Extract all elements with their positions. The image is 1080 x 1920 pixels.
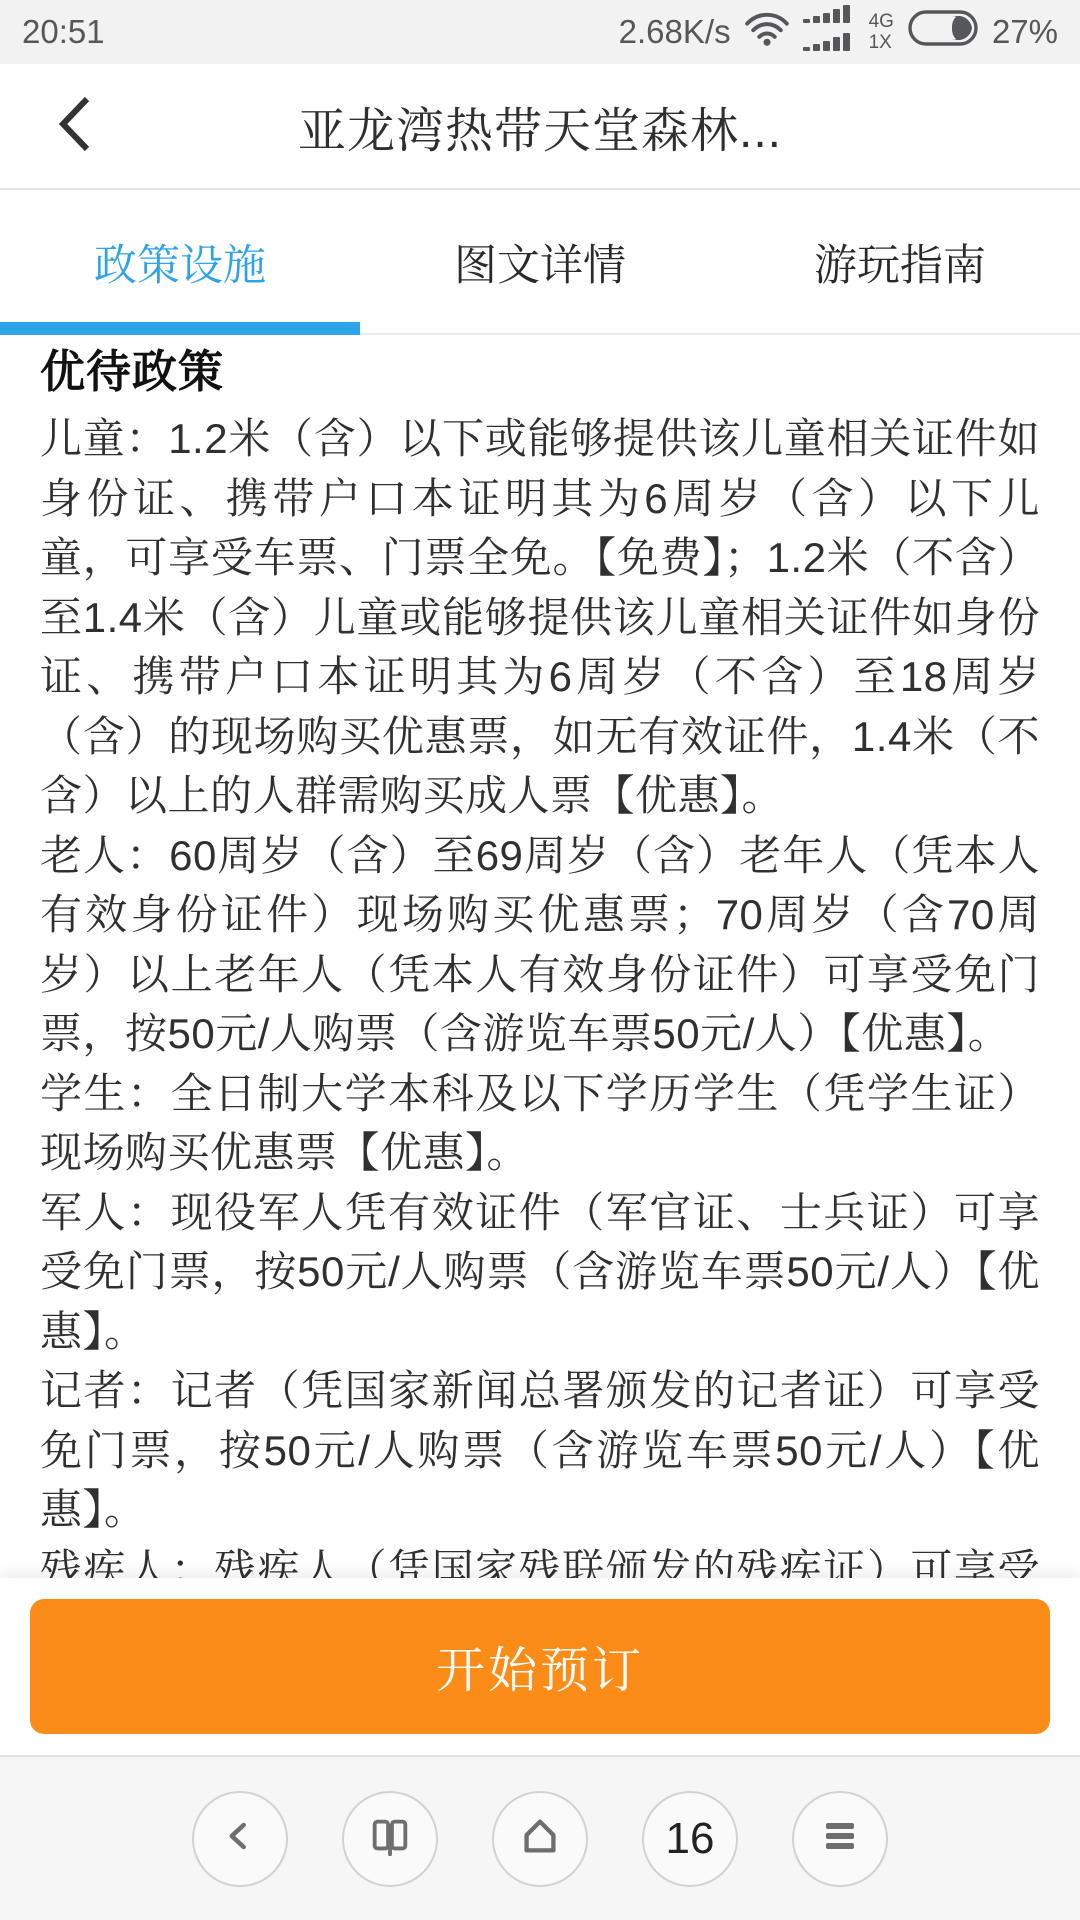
battery-percent-text: 27% xyxy=(992,13,1058,51)
policy-paragraph-disabled: 残疾人：残疾人（凭国家残联颁发的残疾证）可享受免门票，按50元/人购票（含游览车… xyxy=(40,1540,1040,1579)
wifi-icon xyxy=(745,10,789,54)
tab-policy-facilities[interactable]: 政策设施 xyxy=(0,192,360,333)
home-icon xyxy=(517,1813,563,1864)
status-bar: 20:51 2.68K/s xyxy=(0,0,1080,64)
tab-label: 政策设施 xyxy=(94,232,266,293)
start-booking-button[interactable]: 开始预订 xyxy=(30,1599,1050,1734)
status-bar-right: 2.68K/s xyxy=(619,5,1058,59)
nav-bookmarks-button[interactable] xyxy=(342,1791,438,1887)
section-title: 优待政策 xyxy=(40,343,1040,401)
nav-back-button[interactable] xyxy=(192,1791,288,1887)
sim-network-labels: 4G 1X xyxy=(869,11,894,53)
back-chevron-icon xyxy=(57,94,93,159)
open-book-icon xyxy=(367,1813,413,1864)
nav-home-button[interactable] xyxy=(492,1791,588,1887)
battery-icon xyxy=(908,10,978,54)
clock-text: 20:51 xyxy=(22,13,105,51)
tab-bar: 政策设施 图文详情 游玩指南 xyxy=(0,192,1080,335)
tab-count-text: 16 xyxy=(666,1814,715,1864)
nav-tabs-button[interactable]: 16 xyxy=(642,1791,738,1887)
booking-footer: 开始预订 xyxy=(0,1578,1080,1755)
back-button[interactable] xyxy=(20,64,130,188)
phone-screen: 20:51 2.68K/s xyxy=(0,0,1080,1920)
tab-guide[interactable]: 游玩指南 xyxy=(720,192,1080,333)
header: 亚龙湾热带天堂森林... xyxy=(0,64,1080,190)
hamburger-menu-icon xyxy=(820,1816,860,1861)
browser-navbar: 16 xyxy=(0,1755,1080,1920)
page-title: 亚龙湾热带天堂森林... xyxy=(298,92,782,161)
sim1-network-text: 4G xyxy=(869,11,894,32)
active-tab-underline xyxy=(0,322,360,335)
policy-paragraph-students: 学生：全日制大学本科及以下学历学生（凭学生证）现场购买优惠票【优惠】。 xyxy=(40,1064,1040,1183)
policy-paragraph-military: 军人：现役军人凭有效证件（军官证、士兵证）可享受免门票，按50元/人购票（含游览… xyxy=(40,1183,1040,1362)
nav-back-icon xyxy=(218,1814,262,1863)
policy-content[interactable]: 优待政策 儿童：1.2米（含）以下或能够提供该儿童相关证件如身份证、携带户口本证… xyxy=(0,335,1080,1578)
network-speed-text: 2.68K/s xyxy=(619,13,731,51)
tab-details[interactable]: 图文详情 xyxy=(360,192,720,333)
policy-text: 儿童：1.2米（含）以下或能够提供该儿童相关证件如身份证、携带户口本证明其为6周… xyxy=(40,409,1040,1578)
tab-label: 图文详情 xyxy=(454,232,626,293)
sim2-network-text: 1X xyxy=(869,32,894,53)
policy-paragraph-seniors: 老人：60周岁（含）至69周岁（含）老年人（凭本人有效身份证件）现场购买优惠票；… xyxy=(40,826,1040,1064)
signal-bars-icon xyxy=(803,5,855,59)
policy-paragraph-children: 儿童：1.2米（含）以下或能够提供该儿童相关证件如身份证、携带户口本证明其为6周… xyxy=(40,409,1040,826)
policy-paragraph-journalists: 记者：记者（凭国家新闻总署颁发的记者证）可享受免门票，按50元/人购票（含游览车… xyxy=(40,1361,1040,1540)
nav-menu-button[interactable] xyxy=(792,1791,888,1887)
tab-label: 游玩指南 xyxy=(814,232,986,293)
